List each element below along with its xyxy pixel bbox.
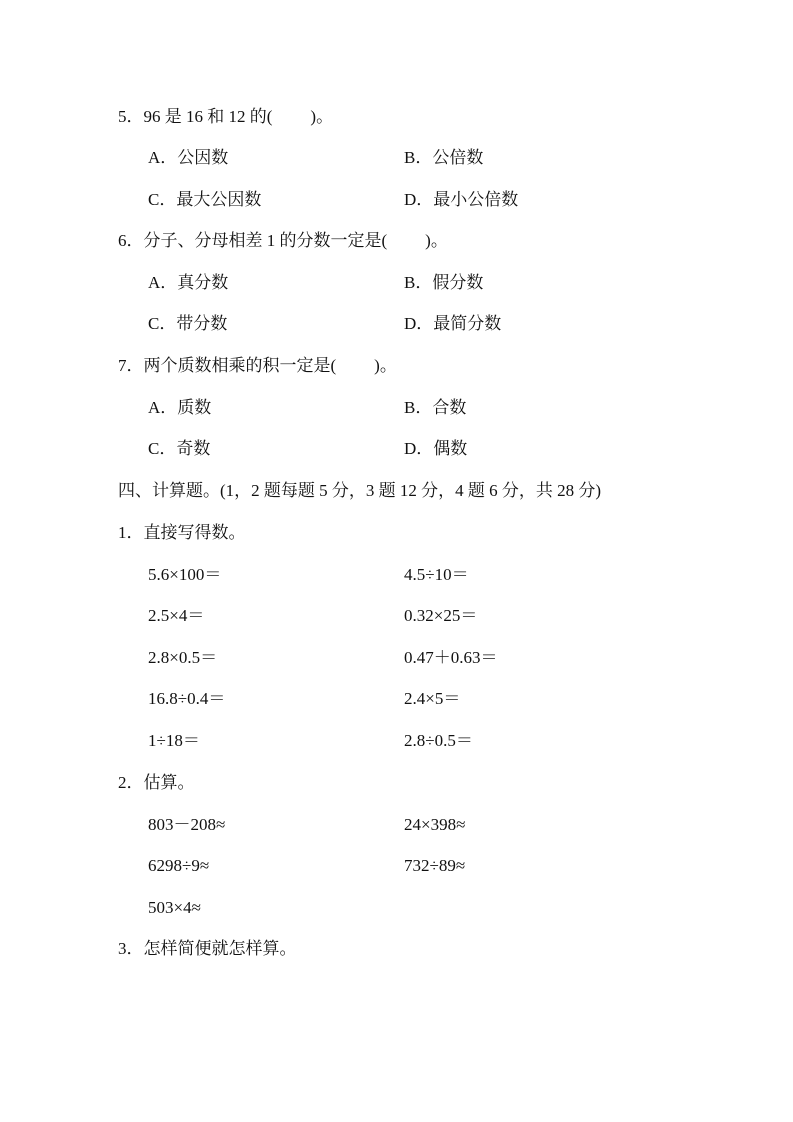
option-text: 最简分数: [433, 314, 501, 333]
question-6: 6．分子、分母相差 1 的分数一定是()。: [118, 231, 448, 251]
calc-item: 1÷18＝: [148, 731, 200, 751]
question-stem-end: )。: [310, 107, 333, 126]
option-text: 最小公倍数: [433, 190, 518, 209]
part-number: 3．: [118, 939, 144, 958]
option-label: C．: [148, 314, 176, 333]
question-stem-end: )。: [374, 356, 397, 375]
option-text: 奇数: [176, 439, 210, 458]
option-text: 合数: [432, 398, 466, 417]
option-text: 最大公因数: [176, 190, 261, 209]
option-label: D．: [404, 439, 433, 458]
question-number: 6．: [118, 231, 144, 250]
option-label: A．: [148, 148, 177, 167]
estimate-item: 732÷89≈: [404, 856, 465, 876]
part-title: 估算。: [144, 773, 195, 792]
question-number: 5．: [118, 107, 144, 126]
option-label: B．: [404, 148, 432, 167]
calc-item: 0.32×25＝: [404, 606, 477, 626]
option-label: D．: [404, 314, 433, 333]
option-text: 假分数: [432, 273, 483, 292]
option-label: D．: [404, 190, 433, 209]
option-label: C．: [148, 190, 176, 209]
estimate-item: 6298÷9≈: [148, 856, 209, 876]
option-label: A．: [148, 273, 177, 292]
option-a: A．真分数: [148, 273, 228, 293]
question-stem-end: )。: [425, 231, 448, 250]
option-label: C．: [148, 439, 176, 458]
option-d: D．偶数: [404, 439, 467, 459]
estimate-item: 24×398≈: [404, 815, 465, 835]
section-heading: 四、计算题。(1，2 题每题 5 分，3 题 12 分，4 题 6 分，共 28…: [118, 481, 601, 501]
calc-item: 0.47＋0.63＝: [404, 648, 498, 668]
option-b: B．合数: [404, 398, 466, 418]
question-stem: 两个质数相乘的积一定是(: [144, 356, 337, 375]
option-label: B．: [404, 273, 432, 292]
option-text: 公因数: [177, 148, 228, 167]
question-number: 7．: [118, 356, 144, 375]
part-1-title: 1．直接写得数。: [118, 523, 246, 543]
part-3-title: 3．怎样简便就怎样算。: [118, 939, 297, 959]
option-text: 真分数: [177, 273, 228, 292]
option-b: B．公倍数: [404, 148, 483, 168]
question-stem: 96 是 16 和 12 的(: [144, 107, 273, 126]
calc-item: 2.8×0.5＝: [148, 648, 217, 668]
option-text: 公倍数: [432, 148, 483, 167]
question-7: 7．两个质数相乘的积一定是()。: [118, 356, 397, 376]
calc-item: 2.8÷0.5＝: [404, 731, 473, 751]
option-c: C．奇数: [148, 439, 210, 459]
option-text: 质数: [177, 398, 211, 417]
option-a: A．公因数: [148, 148, 228, 168]
part-number: 2．: [118, 773, 144, 792]
estimate-item: 503×4≈: [148, 898, 201, 918]
option-a: A．质数: [148, 398, 211, 418]
option-c: C．最大公因数: [148, 190, 261, 210]
calc-item: 5.6×100＝: [148, 565, 221, 585]
calc-item: 2.4×5＝: [404, 689, 460, 709]
option-label: A．: [148, 398, 177, 417]
calc-item: 16.8÷0.4＝: [148, 689, 225, 709]
option-text: 偶数: [433, 439, 467, 458]
option-c: C．带分数: [148, 314, 227, 334]
option-b: B．假分数: [404, 273, 483, 293]
option-label: B．: [404, 398, 432, 417]
option-text: 带分数: [176, 314, 227, 333]
estimate-item: 803－208≈: [148, 815, 225, 835]
part-2-title: 2．估算。: [118, 773, 195, 793]
part-number: 1．: [118, 523, 144, 542]
part-title: 怎样简便就怎样算。: [144, 939, 297, 958]
question-stem: 分子、分母相差 1 的分数一定是(: [144, 231, 388, 250]
option-d: D．最简分数: [404, 314, 501, 334]
question-5: 5．96 是 16 和 12 的()。: [118, 107, 333, 127]
part-title: 直接写得数。: [144, 523, 246, 542]
option-d: D．最小公倍数: [404, 190, 518, 210]
calc-item: 2.5×4＝: [148, 606, 204, 626]
calc-item: 4.5÷10＝: [404, 565, 469, 585]
